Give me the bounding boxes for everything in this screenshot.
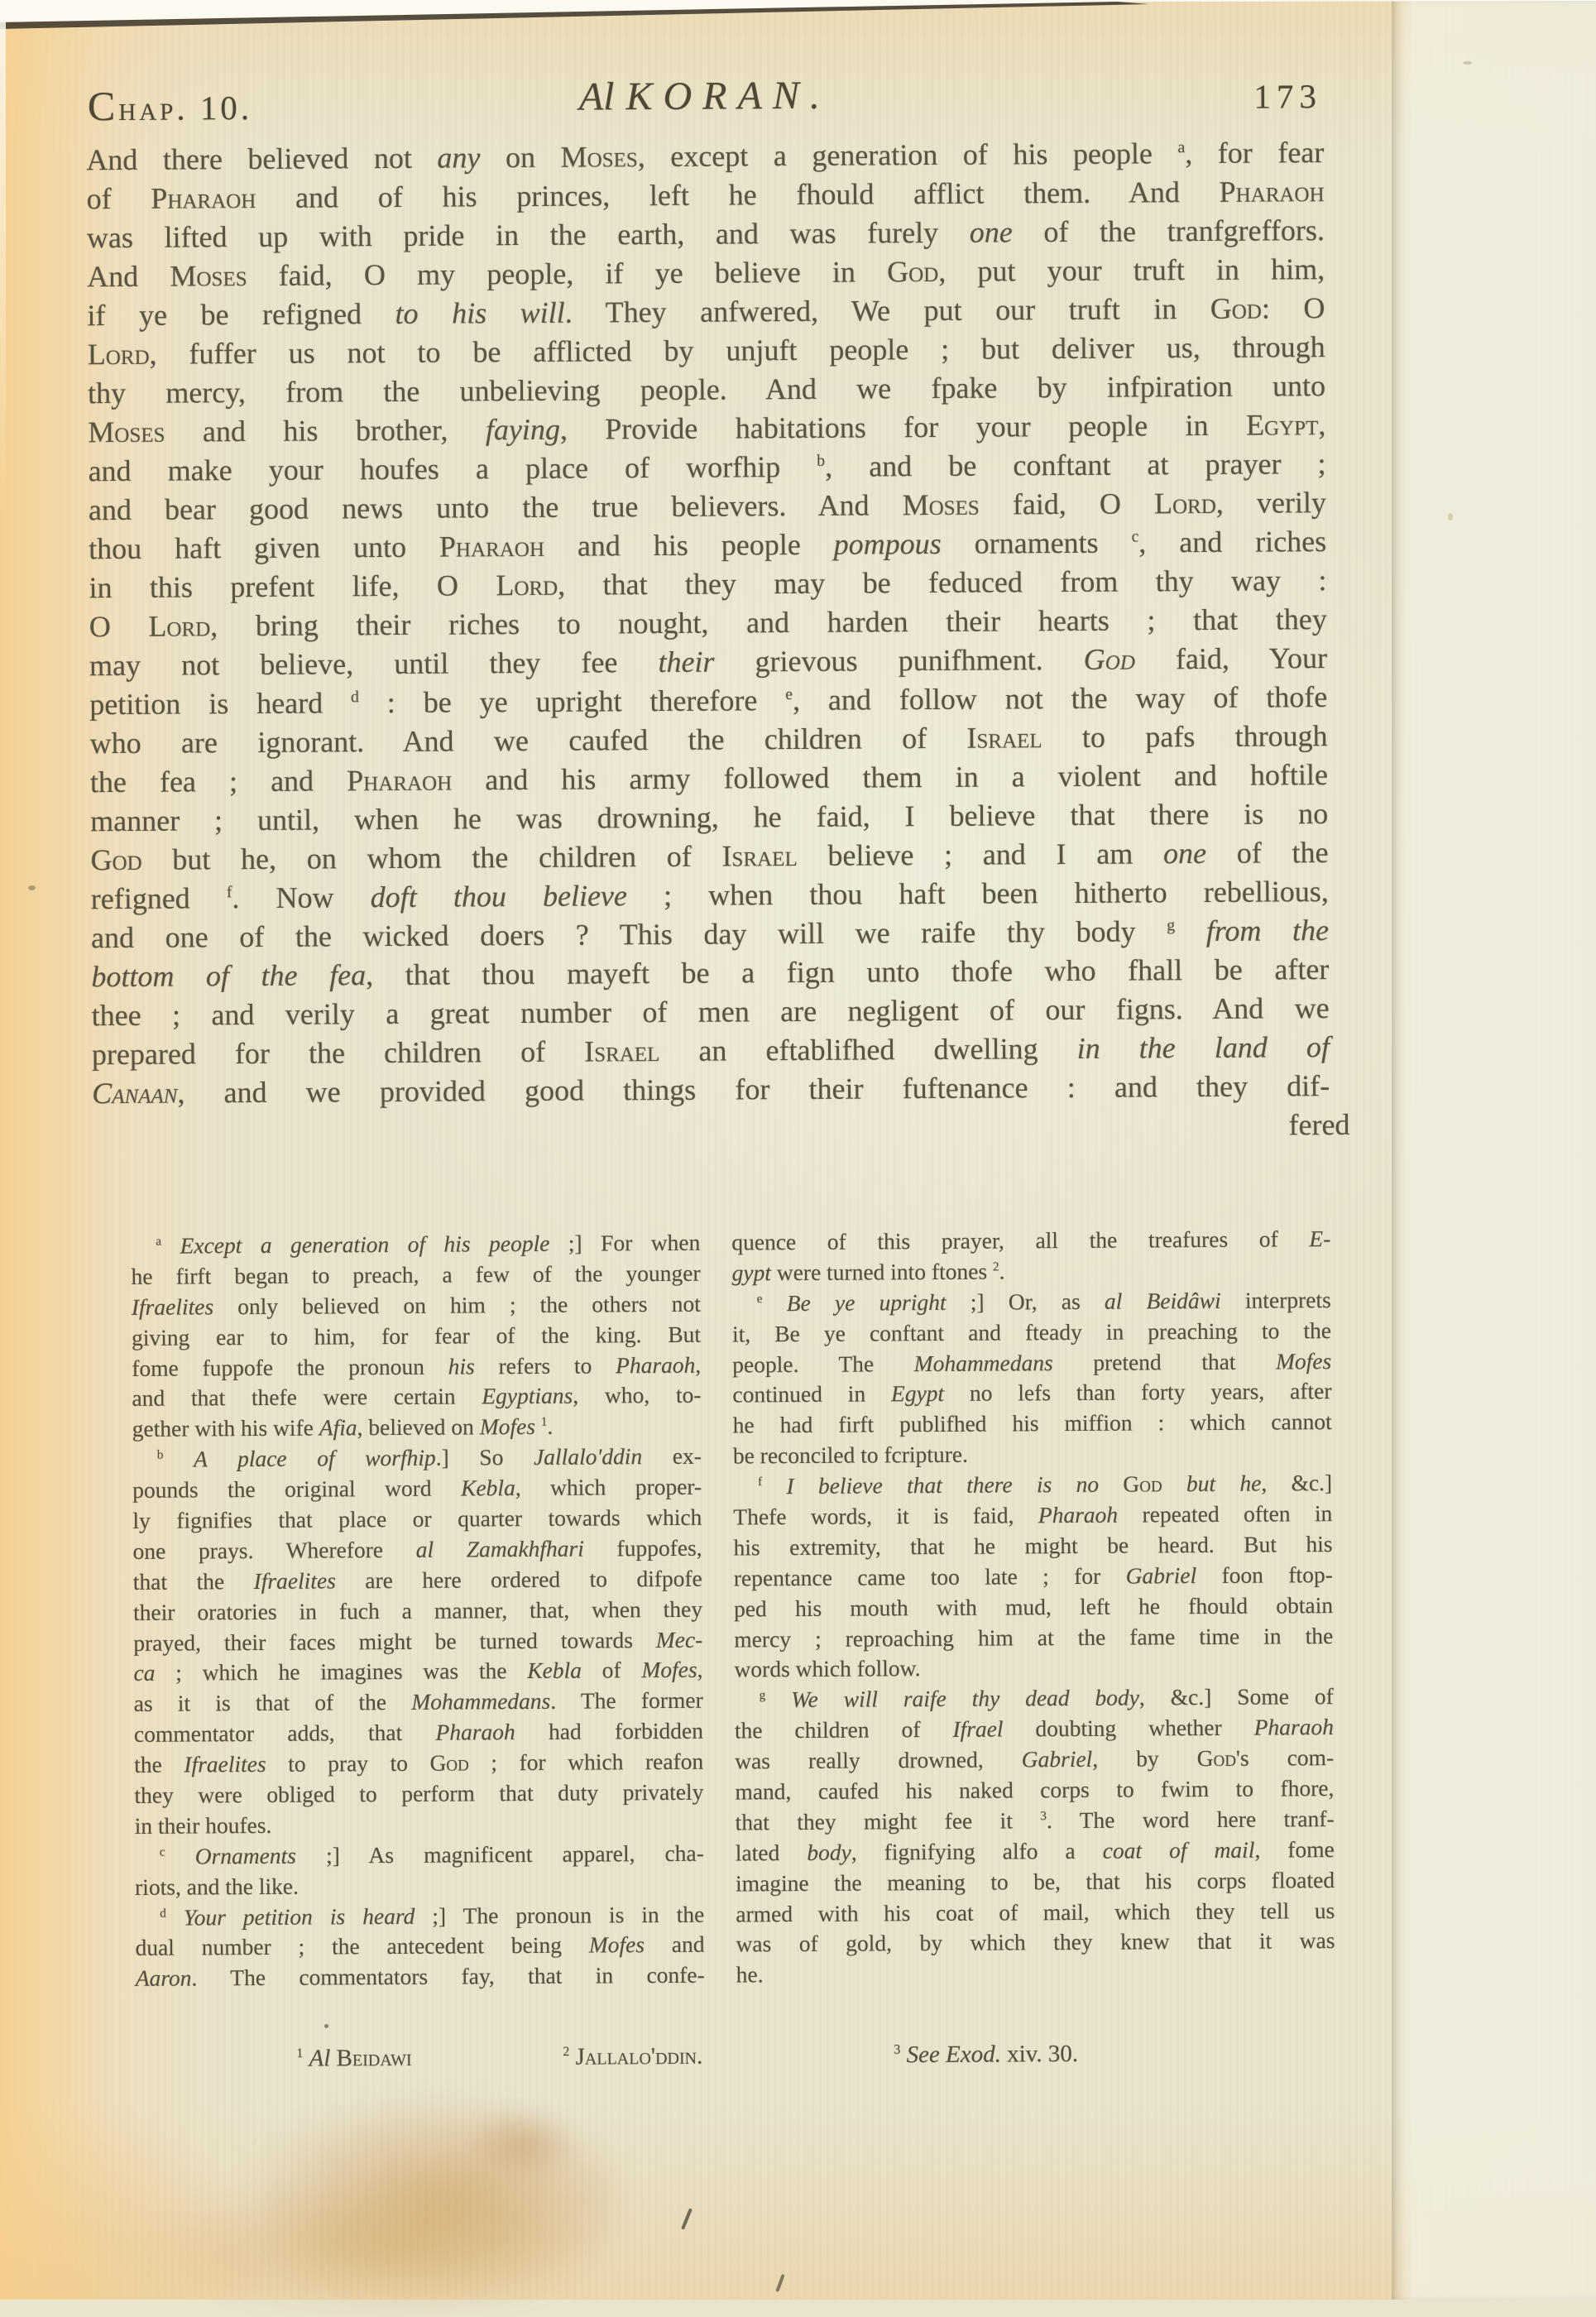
footnote-line: ped his mouth with mud, left he fhould o…	[734, 1590, 1333, 1624]
footnote-line: continued in Egypt no lefs than forty ye…	[732, 1377, 1331, 1411]
footnote-line: d Your petition is heard ;] The pronoun …	[135, 1899, 704, 1933]
footnote-line: as it is that of the Mohammedans. The fo…	[134, 1686, 703, 1720]
footnote-line: armed with his coat of mail, which they …	[736, 1896, 1335, 1930]
footnote-line: riots, and the like.	[135, 1868, 704, 1902]
footnote-line: commentator adds, that Pharaoh had forbi…	[134, 1716, 703, 1750]
footnote-line: their oratories in fuch a manner, that, …	[133, 1594, 702, 1628]
running-title-main: KORAN.	[625, 74, 831, 119]
footnote-line: dual number ; the antecedent being Mofes…	[135, 1930, 704, 1964]
footnote-line: Ifraelites only believed on him ; the ot…	[132, 1289, 701, 1323]
reference-item: 2 Jallalo'ddin.	[563, 2043, 702, 2071]
footnote-line: mercy ; reproaching him at the fame time…	[734, 1621, 1333, 1655]
footnote-line: f I believe that there is no God but he,…	[733, 1468, 1332, 1502]
footnote-line: the Ifraelites to pray to God ; for whic…	[134, 1747, 703, 1781]
footnote-line: ly fignifies that place or quarter towar…	[132, 1503, 702, 1537]
footnote-line: one prays. Wherefore al Zamakhfhari fupp…	[133, 1533, 702, 1567]
footnote-line: lated body, fignifying alfo a coat of ma…	[736, 1835, 1335, 1868]
book-page-scan: Chap. 10. AlKORAN. 173 And there believe…	[0, 0, 1596, 2300]
footnote-line: the children of Ifrael doubting whether …	[735, 1712, 1334, 1746]
body-text: And there believed not any on Moses, exc…	[86, 133, 1330, 1113]
page-content: Chap. 10. AlKORAN. 173 And there believe…	[0, 0, 1596, 2300]
footnote-line: pounds the original word Kebla, which pr…	[132, 1472, 702, 1506]
footnote-line: words which follow.	[734, 1652, 1333, 1686]
footnote-line: imagine the meaning to be, that his corp…	[736, 1865, 1335, 1899]
footnote-column-right: quence of this prayer, all the treafures…	[731, 1224, 1335, 1991]
footnote-line: ca ; which he imagines was the Kebla of …	[133, 1655, 702, 1689]
footer-references: 1 Al Beidawi2 Jallalo'ddin.3 See Exod. x…	[5, 2037, 1596, 2080]
footnote-line: mand, caufed his naked corps to fwim to …	[735, 1773, 1334, 1807]
page-header: Chap. 10. AlKORAN. 173	[86, 70, 1324, 128]
footnote-line: it, Be ye conftant and fteady in preachi…	[732, 1316, 1331, 1350]
footnote-line: e Be ye upright ;] Or, as al Beidâwi int…	[732, 1285, 1331, 1319]
footnote-line: gether with his wife Afia, believed on M…	[132, 1411, 702, 1445]
reference-item: 1 Al Beidawi	[296, 2045, 411, 2073]
footnote-line: in their houfes.	[135, 1808, 704, 1842]
catchword: fered	[92, 1106, 1349, 1152]
footnote-line: was of gold, by which they knew that it …	[736, 1926, 1335, 1960]
footnote-line: repentance came too late ; for Gabriel f…	[734, 1560, 1333, 1594]
ink-dot	[324, 2024, 328, 2028]
footnote-line: he.	[736, 1956, 1335, 1990]
footnote-line: his extremity, that he might be heard. B…	[733, 1529, 1332, 1563]
footnote-line: be reconciled to fcripture.	[733, 1437, 1332, 1471]
paper-speck	[1448, 513, 1453, 520]
footnote-line: g We will raife thy dead body, &c.] Some…	[735, 1681, 1334, 1715]
running-title: AlKORAN.	[86, 70, 1324, 122]
page-number: 173	[1253, 76, 1322, 117]
footnote-line: c Ornaments ;] As magnificent apparel, c…	[135, 1839, 704, 1873]
footnote-line: prayed, their faces might be turned towa…	[133, 1624, 702, 1658]
footnote-line: that they might fee it 3. The word here …	[736, 1804, 1335, 1838]
paper-speck	[1463, 61, 1472, 65]
footnote-line: and that thefe were certain Egyptians, w…	[132, 1380, 701, 1414]
footnote-line: that the Ifraelites are here ordered to …	[133, 1564, 702, 1598]
footnote-line: Aaron. The commentators fay, that in con…	[136, 1960, 705, 1994]
footnote-line: he firft began to preach, a few of the y…	[131, 1259, 700, 1293]
footnote-line: giving ear to him, for fear of the king.…	[132, 1319, 701, 1353]
footnote-line: fome fuppofe the pronoun his refers to P…	[132, 1350, 701, 1384]
footnote-line: they were obliged to perform that duty p…	[134, 1777, 703, 1811]
paper-speck	[28, 885, 36, 890]
footnote-line: quence of this prayer, all the treafures…	[731, 1224, 1330, 1258]
footnote-line: gypt were turned into ftones 2.	[731, 1254, 1330, 1288]
footnote-line: he had firft publifhed his miffion : whi…	[733, 1407, 1332, 1441]
footnote-line: b A place of worfhip.] So Jallalo'ddin e…	[132, 1442, 702, 1475]
footnote-column-left: a Except a generation of his people ;] F…	[131, 1228, 705, 1994]
running-title-prefix: Al	[579, 74, 615, 118]
footnote-line: was really drowned, Gabriel, by God's co…	[735, 1743, 1334, 1777]
footnote-line: a Except a generation of his people ;] F…	[131, 1228, 700, 1262]
footnote-line: people. The Mohammedans pretend that Mof…	[732, 1346, 1331, 1380]
footnote-line: Thefe words, it is faid, Pharaoh repeate…	[733, 1499, 1332, 1533]
reference-item: 3 See Exod. xiv. 30.	[894, 2041, 1078, 2069]
